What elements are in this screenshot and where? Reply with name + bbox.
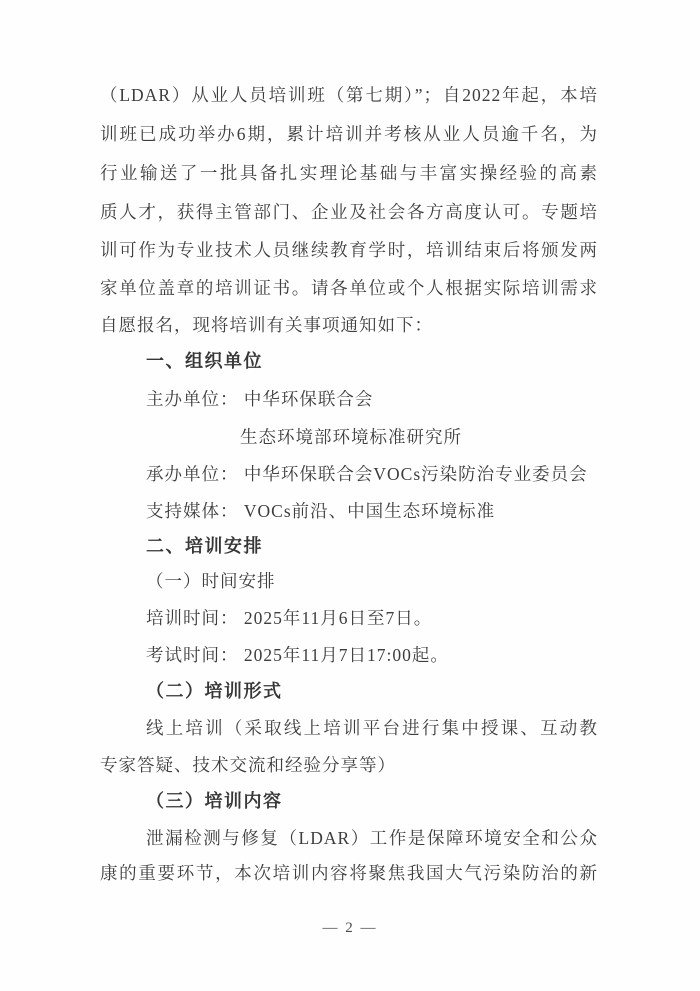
training-time-line: 培训时间： 2025年11月6日至7日。 [100,599,598,637]
body-line: （LDAR）从业人员培训班（第七期）”；自2022年起，本培 [100,76,598,114]
body-line: 质人才，获得主管部门、企业及社会各方高度认可。专题培 [100,193,598,231]
subheading-training-content: （三）培训内容 [100,782,598,820]
body-line: 专家答疑、技术交流和经验分享等） [100,746,598,784]
body-line: 家单位盖章的培训证书。请各单位或个人根据实际培训需求 [100,269,598,307]
heading-section-1-org-units: 一、组织单位 [100,342,598,380]
media-support-line: 支持媒体： VOCs前沿、中国生态环境标准 [100,492,598,530]
subheading-training-format: （二）培训形式 [100,672,598,710]
body-line: 泄漏检测与修复（LDAR）工作是保障环境安全和公众健 [100,819,598,857]
heading-section-2-schedule: 二、培训安排 [100,527,598,565]
subheading-time-arrangement: （一）时间安排 [100,562,598,600]
exam-time-line: 考试时间： 2025年11月7日17:00起。 [100,636,598,674]
host-unit-line-2: 生态环境部环境标准研究所 [100,418,598,456]
page-number: — 2 — [0,909,700,947]
body-line: 线上培训（采取线上培训平台进行集中授课、互动教学、 [100,709,598,747]
body-line: 训班已成功举办6期，累计培训并考核从业人员逾千名，为 [100,115,598,153]
body-line: 训可作为专业技术人员继续教育学时，培训结束后将颁发两 [100,231,598,269]
body-line: 康的重要环节，本次培训内容将聚焦我国大气污染防治的新 [100,854,598,892]
body-line: 自愿报名，现将培训有关事项通知如下： [100,306,598,344]
host-unit-line: 主办单位： 中华环保联合会 [100,380,598,418]
document-page: （LDAR）从业人员培训班（第七期）”；自2022年起，本培 训班已成功举办6期… [0,0,700,991]
body-line: 行业输送了一批具备扎实理论基础与丰富实操经验的高素 [100,154,598,192]
organizer-unit-line: 承办单位： 中华环保联合会VOCs污染防治专业委员会 [100,455,598,493]
